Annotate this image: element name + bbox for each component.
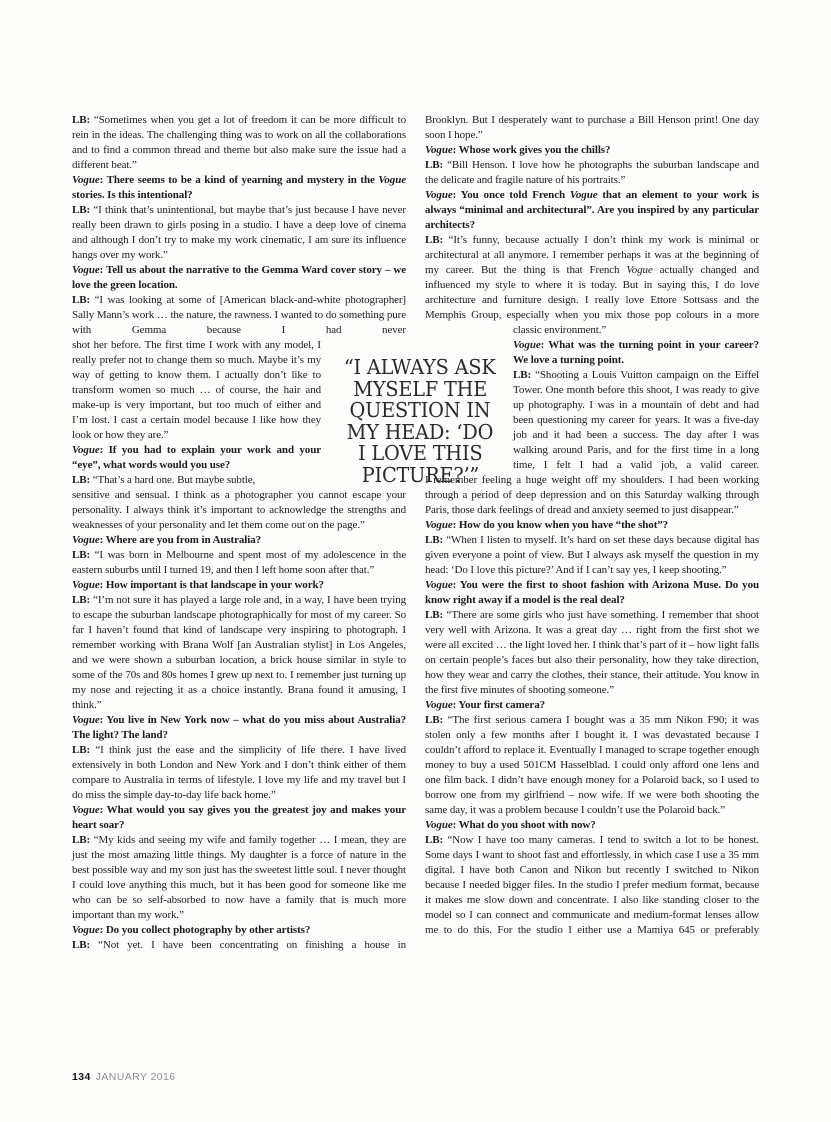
speaker-label-lb: LB: bbox=[72, 594, 90, 606]
left-segment-full-bottom: sensitive and sensual. I think as a phot… bbox=[72, 488, 406, 953]
question-paragraph: Vogue: You once told French Vogue that a… bbox=[425, 188, 759, 233]
answer-text: classic environment.” bbox=[513, 324, 606, 336]
speaker-label-lb: LB: bbox=[72, 939, 90, 951]
question-text: : There seems to be a kind of yearning a… bbox=[100, 174, 379, 186]
answer-paragraph: LB: “It’s funny, because actually I don’… bbox=[425, 233, 759, 323]
answer-text: “Bill Henson. I love how he photographs … bbox=[425, 159, 759, 186]
speaker-label-vogue: Vogue bbox=[72, 264, 100, 276]
question-paragraph: Vogue: How important is that landscape i… bbox=[72, 578, 406, 593]
right-segment-full-top: Brooklyn. But I desperately want to purc… bbox=[425, 113, 759, 323]
answer-continuation: classic environment.” bbox=[513, 323, 759, 338]
speaker-label-lb: LB: bbox=[72, 294, 90, 306]
question-text-after: stories. Is this intentional? bbox=[72, 189, 193, 201]
answer-text: “I think that’s unintentional, but maybe… bbox=[72, 204, 406, 261]
question-paragraph: Vogue: You live in New York now – what d… bbox=[72, 713, 406, 743]
pull-quote-line: QUESTION IN bbox=[350, 400, 491, 422]
question-text: : Whose work gives you the chills? bbox=[453, 144, 611, 156]
question-paragraph: Vogue: If you had to explain your work a… bbox=[72, 443, 321, 473]
answer-text: “Not yet. I have been concentrating on f… bbox=[90, 939, 406, 951]
answer-text: “The first serious camera I bought was a… bbox=[425, 714, 759, 816]
speaker-label-lb: LB: bbox=[513, 369, 531, 381]
answer-paragraph: LB: “I think that’s unintentional, but m… bbox=[72, 203, 406, 263]
speaker-label-vogue: Vogue bbox=[425, 144, 453, 156]
answer-text: “My kids and seeing my wife and family t… bbox=[72, 834, 406, 921]
speaker-label-lb: LB: bbox=[72, 204, 90, 216]
speaker-label-lb: LB: bbox=[72, 549, 90, 561]
answer-text: “I was born in Melbourne and spent most … bbox=[72, 549, 406, 576]
right-segment-full-bottom: I remember feeling a huge weight off my … bbox=[425, 473, 759, 938]
question-paragraph: Vogue: What was the turning point in you… bbox=[513, 338, 759, 368]
speaker-label-vogue: Vogue bbox=[425, 579, 453, 591]
answer-text: “There are some girls who just have some… bbox=[425, 609, 759, 696]
speaker-label-vogue: Vogue bbox=[425, 819, 453, 831]
question-text: : You live in New York now – what do you… bbox=[72, 714, 406, 741]
magazine-page: LB: “Sometimes when you get a lot of fre… bbox=[0, 0, 831, 1122]
question-text-italic: Vogue bbox=[378, 174, 406, 186]
answer-paragraph: LB: “I think just the ease and the simpl… bbox=[72, 743, 406, 803]
question-text: : Do you collect photography by other ar… bbox=[100, 924, 311, 936]
question-text: : What do you shoot with now? bbox=[453, 819, 596, 831]
answer-continuation: Brooklyn. But I desperately want to purc… bbox=[425, 113, 759, 143]
answer-text: “I think just the ease and the simplicit… bbox=[72, 744, 406, 801]
answer-paragraph: LB: “When I listen to myself. It’s hard … bbox=[425, 533, 759, 578]
page-number: 134 bbox=[72, 1071, 91, 1083]
answer-paragraph: LB: “I’m not sure it has played a large … bbox=[72, 593, 406, 713]
question-text: : If you had to explain your work and yo… bbox=[72, 444, 321, 471]
speaker-label-lb: LB: bbox=[72, 114, 90, 126]
pull-quote-line: MYSELF THE bbox=[353, 379, 487, 401]
speaker-label-lb: LB: bbox=[425, 834, 443, 846]
question-paragraph: Vogue: You were the first to shoot fashi… bbox=[425, 578, 759, 608]
pull-quote: “I ALWAYS ASK MYSELF THE QUESTION IN MY … bbox=[326, 357, 514, 486]
answer-continuation: shot her before. The first time I work w… bbox=[72, 338, 321, 443]
pull-quote-line: MY HEAD: ‘DO bbox=[347, 422, 494, 444]
answer-paragraph: LB: “Sometimes when you get a lot of fre… bbox=[72, 113, 406, 173]
answer-paragraph: LB: “That’s a hard one. But maybe subtle… bbox=[72, 473, 321, 488]
question-paragraph: Vogue: Your first camera? bbox=[425, 698, 759, 713]
question-paragraph: Vogue: Whose work gives you the chills? bbox=[425, 143, 759, 158]
question-text: : What was the turning point in your car… bbox=[513, 339, 759, 366]
answer-paragraph: LB: “I was born in Melbourne and spent m… bbox=[72, 548, 406, 578]
answer-continuation: sensitive and sensual. I think as a phot… bbox=[72, 488, 406, 533]
right-column: Brooklyn. But I desperately want to purc… bbox=[425, 113, 759, 938]
answer-paragraph: LB: “I was looking at some of [American … bbox=[72, 293, 406, 338]
answer-text: Brooklyn. But I desperately want to purc… bbox=[425, 114, 759, 141]
question-text: : Your first camera? bbox=[453, 699, 545, 711]
left-segment-full-top: LB: “Sometimes when you get a lot of fre… bbox=[72, 113, 406, 338]
answer-paragraph: LB: “The first serious camera I bought w… bbox=[425, 713, 759, 818]
speaker-label-lb: LB: bbox=[425, 159, 443, 171]
answer-text: “When I listen to myself. It’s hard on s… bbox=[425, 534, 759, 576]
speaker-label-lb: LB: bbox=[72, 474, 90, 486]
speaker-label-vogue: Vogue bbox=[72, 579, 100, 591]
pull-quote-line: “I ALWAYS ASK bbox=[344, 357, 496, 379]
speaker-label-lb: LB: bbox=[425, 714, 443, 726]
answer-paragraph: LB: “There are some girls who just have … bbox=[425, 608, 759, 698]
answer-paragraph: LB: “Now I have too many cameras. I tend… bbox=[425, 833, 759, 938]
speaker-label-vogue: Vogue bbox=[425, 699, 453, 711]
answer-text: “Sometimes when you get a lot of freedom… bbox=[72, 114, 406, 171]
left-segment-narrow: shot her before. The first time I work w… bbox=[72, 338, 321, 488]
answer-text: “That’s a hard one. But maybe subtle, bbox=[90, 474, 255, 486]
speaker-label-vogue: Vogue bbox=[72, 714, 100, 726]
answer-text: “Now I have too many cameras. I tend to … bbox=[425, 834, 759, 936]
pull-quote-line: I LOVE THIS bbox=[358, 443, 483, 465]
question-paragraph: Vogue: Tell us about the narrative to th… bbox=[72, 263, 406, 293]
issue-date: JANUARY 2016 bbox=[96, 1071, 176, 1083]
speaker-label-vogue: Vogue bbox=[425, 189, 453, 201]
question-text: : What would you say gives you the great… bbox=[72, 804, 406, 831]
answer-paragraph: LB: “Not yet. I have been concentrating … bbox=[72, 938, 406, 953]
answer-text: “I was looking at some of [American blac… bbox=[72, 294, 406, 336]
speaker-label-vogue: Vogue bbox=[72, 174, 100, 186]
speaker-label-vogue: Vogue bbox=[513, 339, 541, 351]
speaker-label-lb: LB: bbox=[72, 744, 90, 756]
speaker-label-vogue: Vogue bbox=[72, 444, 100, 456]
question-text: : How do you know when you have “the sho… bbox=[453, 519, 668, 531]
left-column: LB: “Sometimes when you get a lot of fre… bbox=[72, 113, 406, 953]
page-footer: 134JANUARY 2016 bbox=[72, 1071, 175, 1083]
answer-paragraph: LB: “Shooting a Louis Vuitton campaign o… bbox=[513, 368, 759, 473]
answer-text-italic: Vogue bbox=[626, 264, 652, 276]
speaker-label-vogue: Vogue bbox=[72, 804, 100, 816]
answer-text: “I’m not sure it has played a large role… bbox=[72, 594, 406, 711]
speaker-label-lb: LB: bbox=[72, 834, 90, 846]
answer-text: shot her before. The first time I work w… bbox=[72, 339, 321, 441]
speaker-label-vogue: Vogue bbox=[72, 924, 100, 936]
answer-paragraph: LB: “Bill Henson. I love how he photogra… bbox=[425, 158, 759, 188]
speaker-label-vogue: Vogue bbox=[425, 519, 453, 531]
question-paragraph: Vogue: What would you say gives you the … bbox=[72, 803, 406, 833]
answer-text: sensitive and sensual. I think as a phot… bbox=[72, 489, 406, 531]
question-text-italic: Vogue bbox=[570, 189, 598, 201]
question-paragraph: Vogue: Do you collect photography by oth… bbox=[72, 923, 406, 938]
answer-paragraph: LB: “My kids and seeing my wife and fami… bbox=[72, 833, 406, 923]
speaker-label-lb: LB: bbox=[425, 534, 443, 546]
speaker-label-lb: LB: bbox=[425, 234, 443, 246]
question-text: : You were the first to shoot fashion wi… bbox=[425, 579, 759, 606]
question-paragraph: Vogue: Where are you from in Australia? bbox=[72, 533, 406, 548]
question-paragraph: Vogue: There seems to be a kind of yearn… bbox=[72, 173, 406, 203]
question-text: : Tell us about the narrative to the Gem… bbox=[72, 264, 406, 291]
question-text: : How important is that landscape in you… bbox=[100, 579, 324, 591]
speaker-label-lb: LB: bbox=[425, 609, 443, 621]
question-text: : Where are you from in Australia? bbox=[100, 534, 261, 546]
pull-quote-line: PICTURE?’” bbox=[361, 465, 478, 487]
right-segment-narrow: classic environment.” Vogue: What was th… bbox=[513, 323, 759, 473]
question-paragraph: Vogue: What do you shoot with now? bbox=[425, 818, 759, 833]
answer-text: “Shooting a Louis Vuitton campaign on th… bbox=[513, 369, 759, 471]
question-text: : You once told French bbox=[453, 189, 570, 201]
question-paragraph: Vogue: How do you know when you have “th… bbox=[425, 518, 759, 533]
speaker-label-vogue: Vogue bbox=[72, 534, 100, 546]
